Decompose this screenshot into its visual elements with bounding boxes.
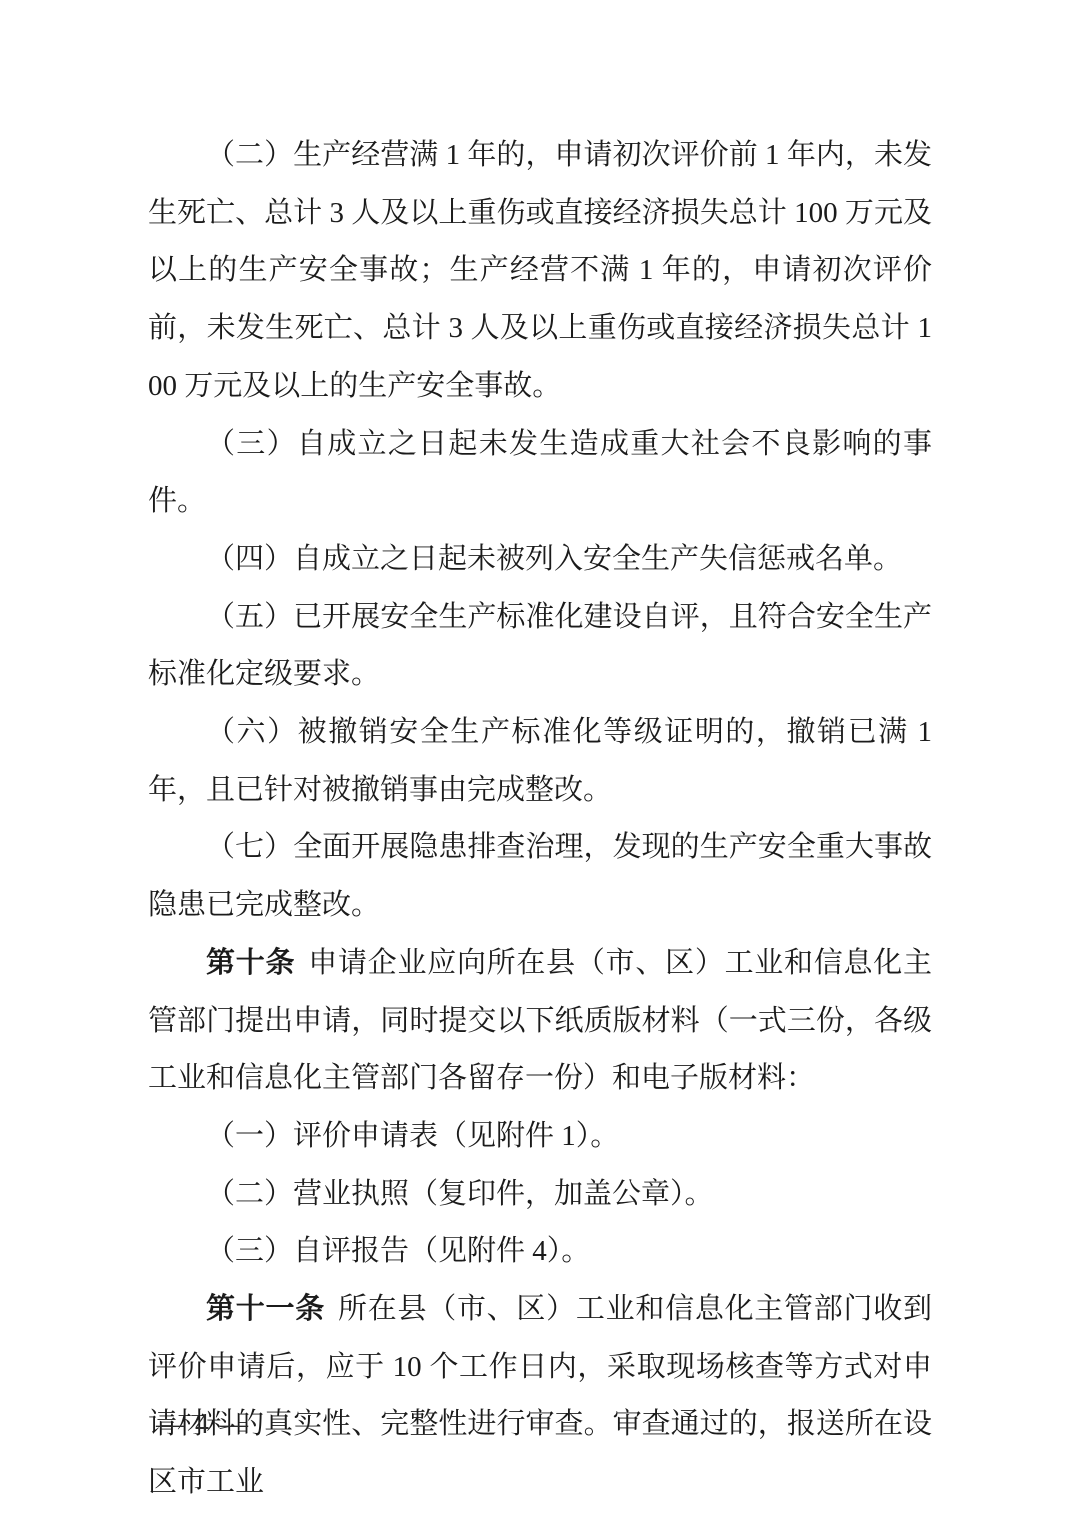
clause-3-paragraph: （三）自成立之日起未发生造成重大社会不良影响的事件。 xyxy=(148,416,932,531)
item-2-paragraph: （二）营业执照（复印件，加盖公章）。 xyxy=(148,1166,932,1224)
item-1-paragraph: （一）评价申请表（见附件 1）。 xyxy=(148,1108,932,1166)
document-content: （二）生产经营满 1 年的，申请初次评价前 1 年内，未发生死亡、总计 3 人及… xyxy=(148,127,932,1512)
page-number: — 4 — xyxy=(156,1404,250,1446)
article-10-paragraph: 第十条申请企业应向所在县（市、区）工业和信息化主管部门提出申请，同时提交以下纸质… xyxy=(148,935,932,1108)
item-3-paragraph: （三）自评报告（见附件 4）。 xyxy=(148,1223,932,1281)
clause-7-paragraph: （七）全面开展隐患排查治理，发现的生产安全重大事故隐患已完成整改。 xyxy=(148,819,932,934)
clause-2-paragraph: （二）生产经营满 1 年的，申请初次评价前 1 年内，未发生死亡、总计 3 人及… xyxy=(148,127,932,416)
clause-4-paragraph: （四）自成立之日起未被列入安全生产失信惩戒名单。 xyxy=(148,531,932,589)
clause-6-paragraph: （六）被撤销安全生产标准化等级证明的，撤销已满 1 年，且已针对被撤销事由完成整… xyxy=(148,704,932,819)
clause-5-paragraph: （五）已开展安全生产标准化建设自评，且符合安全生产标准化定级要求。 xyxy=(148,589,932,704)
article-10-label: 第十条 xyxy=(206,947,295,979)
document-page: （二）生产经营满 1 年的，申请初次评价前 1 年内，未发生死亡、总计 3 人及… xyxy=(0,0,1074,1520)
article-11-paragraph: 第十一条所在县（市、区）工业和信息化主管部门收到评价申请后，应于 10 个工作日… xyxy=(148,1281,932,1512)
article-11-label: 第十一条 xyxy=(206,1293,325,1325)
